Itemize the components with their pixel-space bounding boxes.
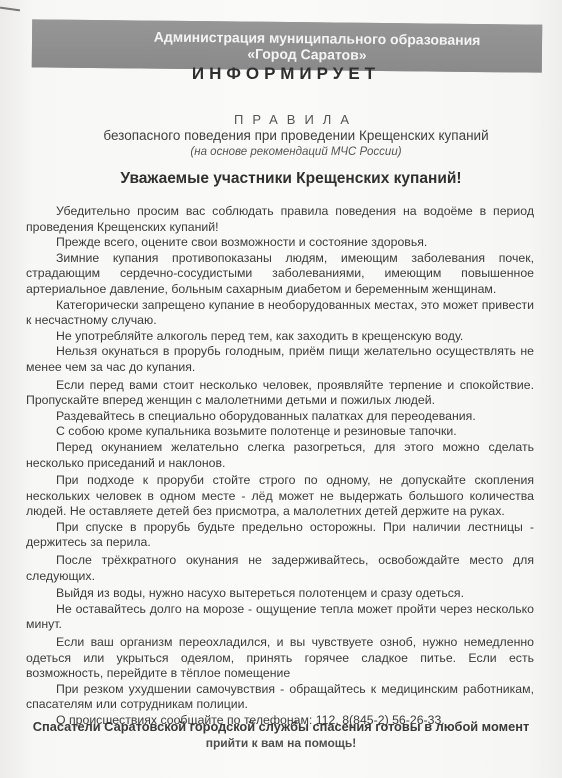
document-page: Администрация муниципального образования… [0, 0, 562, 778]
paragraph: Раздевайтесь в специально оборудованных … [26, 409, 534, 425]
paragraph: Не употребляйте алкоголь перед тем, как … [26, 329, 534, 345]
rules-body: Убедительно просим вас соблюдать правила… [26, 204, 534, 729]
paragraph: Если ваш организм переохладился, и вы чу… [26, 635, 534, 682]
paragraph: При подходе к проруби стойте строго по о… [26, 473, 534, 520]
informs-heading: ИНФОРМИРУЕТ [0, 64, 562, 84]
paragraph: С собою кроме купальника возьмите полоте… [26, 424, 534, 440]
paragraph: При спуске в прорубь будьте предельно ос… [26, 520, 534, 551]
scan-mark [0, 7, 20, 12]
paragraph: Перед окунанием желательно слегка разогр… [26, 440, 534, 471]
paragraph: Если перед вами стоит несколько человек,… [26, 378, 534, 409]
paragraph: Зимние купания противопоказаны людям, им… [26, 251, 534, 298]
paragraph: Выйдя из воды, нужно насухо вытереться п… [26, 586, 534, 602]
paragraph: Не оставайтесь долго на морозе - ощущени… [26, 602, 534, 633]
footer-message: Спасатели Саратовской городской службы с… [0, 718, 562, 752]
paragraph: Категорически запрещено купание в необор… [26, 298, 534, 329]
greeting-heading: Уважаемые участники Крещенских купаний! [0, 170, 562, 188]
paragraph: При резком ухудшении самочувствия - обра… [26, 682, 534, 713]
paragraph: После трёхкратного окунания не задержива… [26, 553, 534, 584]
paragraph: Нельзя окунаться в прорубь голодным, при… [26, 344, 534, 375]
rules-title: ПРАВИЛА [0, 112, 562, 127]
paragraph: Убедительно просим вас соблюдать правила… [26, 204, 534, 235]
paragraph: Прежде всего, оцените свои возможности и… [26, 235, 534, 251]
footer-line-2: прийти к вам на помощь! [0, 735, 562, 752]
footer-line-1: Спасатели Саратовской городской службы с… [33, 719, 529, 734]
rules-note: (на основе рекомендаций МЧС России) [0, 146, 562, 158]
rules-subtitle: безопасного поведения при проведении Кре… [0, 128, 562, 143]
